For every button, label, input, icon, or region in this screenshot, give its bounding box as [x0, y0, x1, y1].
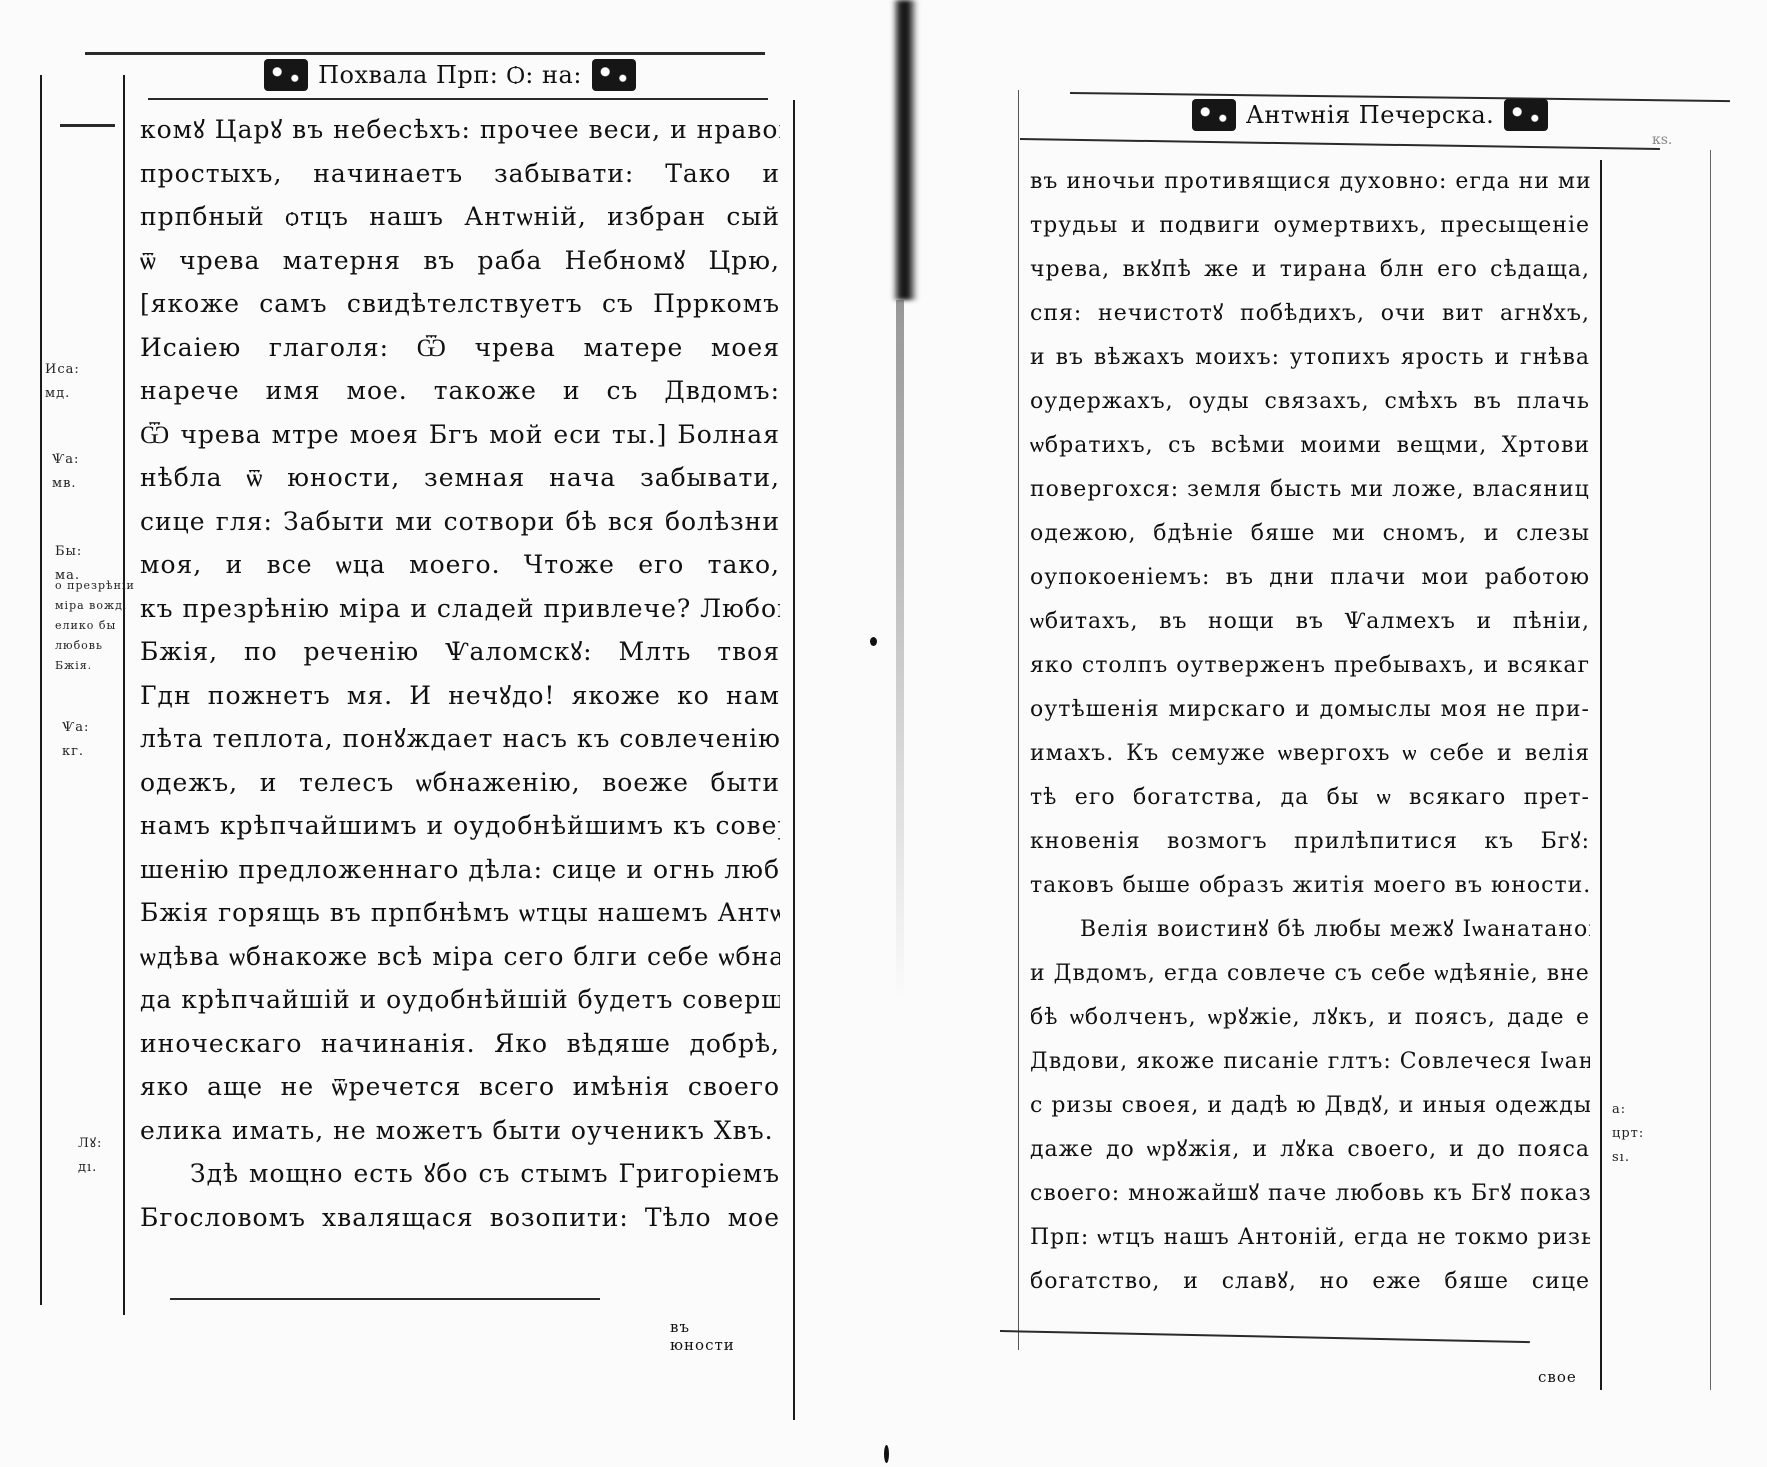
left-running-head-text: Похвала Прп: Ѻ: на:: [318, 61, 582, 90]
text-line: своего: множайшꙋ паче любовь къ Бгꙋ пока…: [1030, 1172, 1590, 1216]
book-gutter-shadow: [896, 300, 904, 1000]
text-line: шенію предложеннаго дѣла: сице и огнь лю…: [140, 848, 780, 892]
text-line: Исаіею глаголя: Ѿ чрева матере моея: [140, 326, 780, 370]
right-bottom-rule: [1000, 1330, 1530, 1343]
text-line: и въ вѣжахъ моихъ: утопихъ ярость и гнѣв…: [1030, 336, 1590, 380]
text-line: иноческаго начинанія. Яко вѣдяше добрѣ,: [140, 1022, 780, 1066]
text-line: лѣта теплота, понꙋждает насъ къ совлечен…: [140, 717, 780, 761]
text-line: Прп: ѡтцъ нашъ Антоній, егда не токмо ри…: [1030, 1216, 1590, 1260]
right-text-frame-right: [1600, 160, 1602, 1390]
text-line: тѣ его богатства, да бы ѡ всякаго прет-: [1030, 776, 1590, 820]
text-line: Двдови, якоже писаніе глтъ: Совлечеся Іѡ…: [1030, 1040, 1590, 1084]
text-line: одежою, бдѣніе бяше ми сномъ, и слезы: [1030, 512, 1590, 556]
margin-note: Ѱа: кг.: [62, 716, 89, 764]
text-line: имахъ. Къ семуже ѡвергохъ ѡ себе и велія: [1030, 732, 1590, 776]
right-text-block: въ иночьи противящися духовно: егда ни м…: [1030, 160, 1590, 1304]
text-line: и Двдомъ, егда совлече съ себе ѡдѣяніе, …: [1030, 952, 1590, 996]
text-line: къ презрѣнію міра и сладей привлече? Люб…: [140, 587, 780, 631]
right-text-frame-left: [1018, 90, 1019, 1350]
margin-note: о презрѣніи міра вожд. елико бы любовь Б…: [55, 576, 135, 676]
left-text-block: комꙋ Царꙋ въ небесѣхъ: прочее веси, и нр…: [140, 108, 780, 1239]
text-line: въ иночьи противящися духовно: егда ни м…: [1030, 160, 1590, 204]
margin-note: Иса: мд.: [45, 358, 80, 406]
book-gutter: [892, 0, 918, 300]
text-line: прпбный ѻтцъ нашъ Антѡній, избран сый: [140, 195, 780, 239]
text-line: оудержахъ, оуды связахъ, смѣхъ въ плачь: [1030, 380, 1590, 424]
text-line: с ризы своея, и дадѣ ю Двдꙋ, и иныя одеж…: [1030, 1084, 1590, 1128]
text-line: богатство, и славꙋ, но еже бяше сице: [1030, 1260, 1590, 1304]
text-line: Бжія горящь въ прпбнѣмъ ѡтцы нашемъ Антѡ…: [140, 891, 780, 935]
left-running-head: Похвала Прп: Ѻ: на:: [150, 56, 750, 94]
text-line: сице гля: Забыти ми сотвори бѣ вся болѣз…: [140, 500, 780, 544]
text-line: бѣ ѡболченъ, ѡрꙋжіе, лꙋкъ, и поясъ, даде…: [1030, 996, 1590, 1040]
text-line: елика имать, не можетъ быти оученикъ Хвъ…: [140, 1109, 780, 1153]
left-head-rule: [148, 98, 768, 100]
text-line: даже до ѡрꙋжія, и лꙋка своего, и до пояс…: [1030, 1128, 1590, 1172]
left-text-frame-left: [123, 75, 125, 1315]
left-top-rule: [85, 52, 765, 55]
margin-note: а: црт: ѕı.: [1612, 1098, 1644, 1170]
margin-note: Лꙋ: дı.: [78, 1132, 102, 1180]
text-line: оутѣшенія мирскаго и домыслы моя не при-: [1030, 688, 1590, 732]
text-line: одежъ, и телесъ ѡбнаженію, воеже быти: [140, 761, 780, 805]
left-ornament-icon: [264, 59, 308, 91]
text-line: Здѣ мощно есть ꙋбо съ стымъ Григоріемъ: [140, 1152, 780, 1196]
text-line: повергохся: земля бысть ми ложе, власяни…: [1030, 468, 1590, 512]
margin-note: Ѱа: мв.: [52, 448, 79, 496]
text-line: простыхъ, начинаетъ забывати: Тако и: [140, 152, 780, 196]
text-line: Бжія, по реченію Ѱаломскꙋ: Млть твоя: [140, 630, 780, 674]
text-line: оупокоеніемъ: въ дни плачи мои работою: [1030, 556, 1590, 600]
text-line: яко аще не ѿречется всего имѣнія своего: [140, 1065, 780, 1109]
text-line: намъ крѣпчайшимъ и оудобнѣйшимъ къ совер…: [140, 804, 780, 848]
text-line: Ѿ чрева мтре моея Бгъ мой еси ты.] Болна…: [140, 413, 780, 457]
left-text-frame-right: [793, 100, 795, 1420]
text-line: да крѣпчайшій и оудобнѣйшій будетъ совер…: [140, 978, 780, 1022]
text-line: [якоже самъ свидѣтелствуетъ съ Прркомъ: [140, 282, 780, 326]
text-line: ѡдѣва ѡбнакоже всѣ міра сего блги себе ѡ…: [140, 935, 780, 979]
right-catchword: свое: [1538, 1368, 1577, 1386]
text-line: спя: нечистотꙋ побѣдихъ, очи вит агнꙋхъ,: [1030, 292, 1590, 336]
right-ornament-icon: [592, 59, 636, 91]
text-line: таковъ быше образъ житія моего въ юности…: [1030, 864, 1590, 908]
scan-speck: [884, 1445, 889, 1463]
text-line: ѡбитахъ, въ нощи въ Ѱалмехъ и пѣніи,: [1030, 600, 1590, 644]
text-line: ѡбратихъ, съ всѣми моими вещми, Хртови: [1030, 424, 1590, 468]
text-line: Велія воистинꙋ бѣ любы межꙋ Іѡанатаномъ: [1030, 908, 1590, 952]
left-bottom-rule: [170, 1298, 600, 1300]
right-head-rule: [1020, 138, 1660, 150]
text-line: трудьы и подвиги оумертвихъ, пресыщеніе: [1030, 204, 1590, 248]
text-line: кновенія возмогъ прилѣпитися къ Бгꙋ:: [1030, 820, 1590, 864]
scan-speck: [870, 637, 877, 646]
text-line: нарече имя мое. такоже и съ Двдомъ:: [140, 369, 780, 413]
right-outer-frame: [1710, 150, 1711, 1390]
text-line: нѣбла ѿ юности, земная нача забывати,: [140, 456, 780, 500]
right-running-head-text: Антѡнія Печерска.: [1246, 101, 1495, 130]
left-ornament-icon: [1192, 99, 1236, 131]
text-line: чрева, вкꙋпѣ же и тирана блн его сѣдаща,: [1030, 248, 1590, 292]
left-catchword: въ юности: [670, 1318, 735, 1354]
text-line: Гдн пожнетъ мя. И нечꙋдо! якоже ко нам: [140, 674, 780, 718]
text-line: Бгословомъ хвалящася возопити: Тѣло мое: [140, 1196, 780, 1240]
text-line: моя, и все ѡца моего. Чтоже его тако,: [140, 543, 780, 587]
text-line: ѿ чрева матерня въ раба Небномꙋ Црю,: [140, 239, 780, 283]
left-outer-frame: [40, 75, 42, 1305]
right-running-head: Антѡнія Печерска.: [1100, 96, 1640, 134]
text-line: яко столпъ оутверженъ пребывахъ, и всяка…: [1030, 644, 1590, 688]
left-margin-dash: [60, 124, 115, 127]
text-line: комꙋ Царꙋ въ небесѣхъ: прочее веси, и нр…: [140, 108, 780, 152]
right-ornament-icon: [1504, 99, 1548, 131]
folio-number: кѕ.: [1652, 132, 1672, 148]
